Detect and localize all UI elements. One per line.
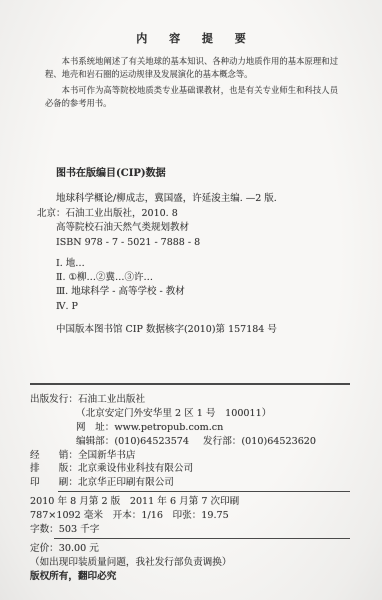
distribution-value: 全国新华书店 <box>78 450 136 461</box>
website-url: www.petropub.com.cn <box>114 422 223 433</box>
divider-rule-words <box>54 538 350 540</box>
cip-series-line: 高等院校石油天然气类规划教材 <box>56 221 382 236</box>
website-label: 网 址： <box>76 422 114 433</box>
website-row: 网 址：www.petropub.com.cn <box>76 421 382 435</box>
distribution-label: 经 销： <box>30 450 78 461</box>
divider-rule-top <box>30 383 350 385</box>
cip-isbn-line: ISBN 978 - 7 - 5021 - 7888 - 8 <box>56 236 382 251</box>
cip-index-item: Ⅱ. ①柳…②冀…③许… <box>56 271 382 285</box>
typesetting-label: 排 版： <box>30 463 78 474</box>
summary-paragraph: 本书系统地阐述了有关地球的基本知识、各种动力地质作用的基本原理和过程、地壳和岩石… <box>45 55 338 81</box>
distribution-row: 经 销：全国新华书店 <box>30 449 382 463</box>
cip-publisher-line: 北京：石油工业出版社，2010. 8 <box>37 207 382 222</box>
publisher-row: 出版发行：石油工业出版社 <box>30 393 382 407</box>
cip-index-item: Ⅰ. 地… <box>56 257 382 271</box>
summary-title: 内 容 提 要 <box>0 30 382 46</box>
printing-row: 印 刷：北京华正印刷有限公司 <box>30 476 382 490</box>
price-row: 定价：30.00 元 <box>30 542 382 556</box>
cip-heading: 图书在版编目(CIP)数据 <box>56 164 382 179</box>
editorial-phone: 编辑部：(010)64523574 <box>76 436 189 447</box>
typesetting-value: 北京乘设伟业科技有限公司 <box>78 463 193 474</box>
typesetting-row: 排 版：北京乘设伟业科技有限公司 <box>30 462 382 476</box>
cip-body: 地球科学概论/柳成志，冀国盛，许延浚主编. —2 版. 北京：石油工业出版社，2… <box>56 192 382 337</box>
divider-rule-printing <box>58 491 350 493</box>
publisher-value: 石油工业出版社 <box>78 394 145 405</box>
publisher-label: 出版发行： <box>30 394 78 405</box>
copyright-notice-row: 版权所有，翻印必究 <box>30 570 382 584</box>
summary-section: 内 容 提 要 本书系统地阐述了有关地球的基本知识、各种动力地质作用的基本原理和… <box>0 0 382 110</box>
quality-note-row: （如出现印装质量问题，我社发行部负责调换） <box>30 556 382 570</box>
cip-index-list: Ⅰ. 地… Ⅱ. ①柳…②冀…③许… Ⅲ. 地球科学 - 高等学校 - 教材 Ⅳ… <box>56 257 382 314</box>
summary-paragraph: 本书可作为高等院校地质类专业基础课教材，也是有关专业师生和科技人员必备的参考用书… <box>45 84 338 110</box>
word-count-row: 字数：503 千字 <box>30 523 382 537</box>
publisher-address: （北京安定门外安华里 2 区 1 号 100011） <box>76 407 382 421</box>
edition-row: 2010 年 8 月第 2 版 2011 年 6 月第 7 次印刷 <box>30 495 382 509</box>
summary-body: 本书系统地阐述了有关地球的基本知识、各种动力地质作用的基本原理和过程、地壳和岩石… <box>45 55 338 110</box>
phones-row: 编辑部：(010)64523574发行部：(010)64523620 <box>76 435 382 449</box>
format-row: 787×1092 毫米 开本：1/16 印张：19.75 <box>30 509 382 523</box>
cip-record-line: 中国版本图书馆 CIP 数据核字(2010)第 157184 号 <box>56 323 382 338</box>
sales-phone: 发行部：(010)64523620 <box>203 436 316 447</box>
printing-label: 印 刷： <box>30 477 78 488</box>
colophon-section: 出版发行：石油工业出版社 （北京安定门外安华里 2 区 1 号 100011） … <box>30 393 382 583</box>
cip-index-item: Ⅲ. 地球科学 - 高等学校 - 教材 <box>56 285 382 299</box>
cip-section: 图书在版编目(CIP)数据 地球科学概论/柳成志，冀国盛，许延浚主编. —2 版… <box>56 164 382 337</box>
copyright-page: 内 容 提 要 本书系统地阐述了有关地球的基本知识、各种动力地质作用的基本原理和… <box>0 0 382 600</box>
cip-title-line: 地球科学概论/柳成志，冀国盛，许延浚主编. —2 版. <box>56 192 382 207</box>
printing-value: 北京华正印刷有限公司 <box>78 477 174 488</box>
cip-index-item: Ⅳ. P <box>56 300 382 314</box>
